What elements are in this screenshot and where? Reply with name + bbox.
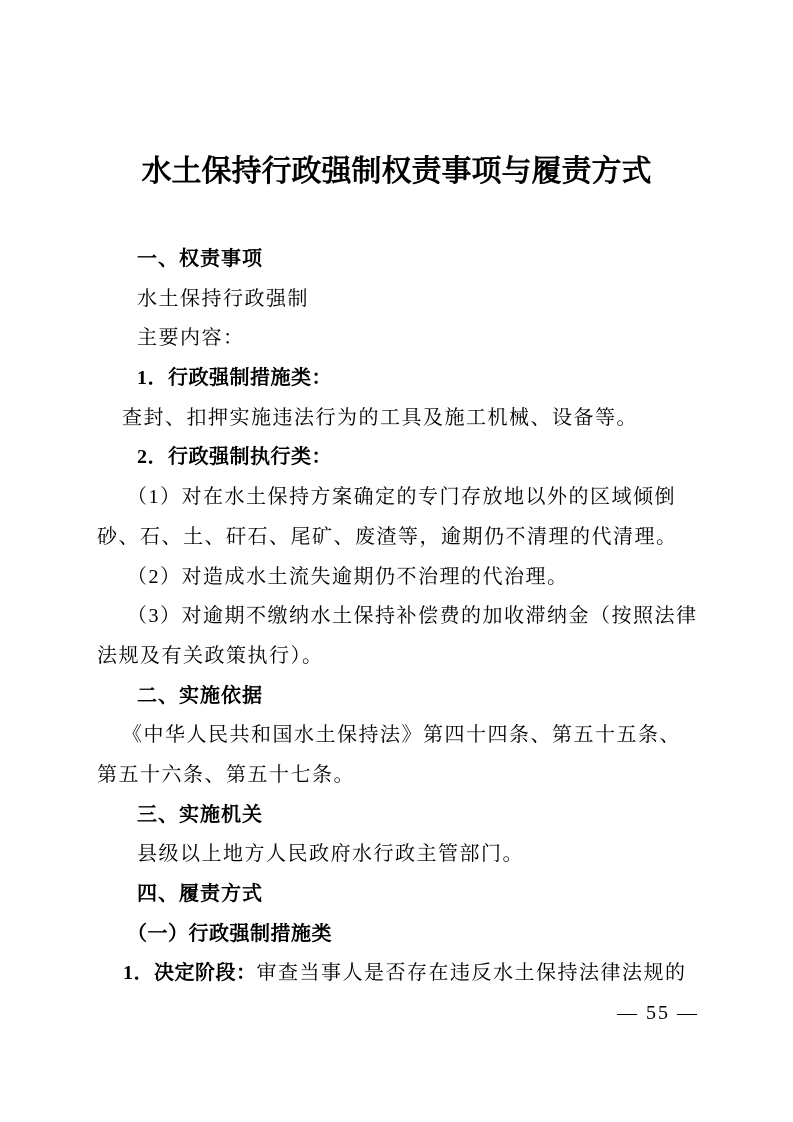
body-line: 《中华人民共和国水土保持法》第四十四条、第五十五条、: [97, 716, 698, 756]
page-number: — 55 —: [617, 1000, 699, 1026]
numbered-subheading-enforcement: 2．行政强制执行类：: [97, 438, 698, 478]
decision-stage-label: 1．决定阶段：: [123, 962, 257, 984]
body-line: 砂、石、土、矸石、尾矿、废渣等，逾期仍不清理的代清理。: [97, 518, 698, 558]
numbered-subheading-measures: 1．行政强制措施类：: [97, 359, 698, 399]
section-heading-implementing-agency: 三、实施机关: [97, 796, 698, 836]
body-line-mixed: 1．决定阶段：审查当事人是否存在违反水土保持法律法规的: [97, 954, 698, 994]
section-heading-legal-basis: 二、实施依据: [97, 677, 698, 717]
body-line: 水土保持行政强制: [97, 280, 698, 320]
body-line: 第五十六条、第五十七条。: [97, 756, 698, 796]
body-line: 县级以上地方人民政府水行政主管部门。: [97, 835, 698, 875]
body-line: （3）对逾期不缴纳水土保持补偿费的加收滞纳金（按照法律: [97, 597, 698, 637]
document-body: 一、权责事项 水土保持行政强制 主要内容： 1．行政强制措施类： 查封、扣押实施…: [97, 240, 698, 994]
section-heading-performance-method: 四、履责方式: [97, 875, 698, 915]
decision-stage-text: 审查当事人是否存在违反水土保持法律法规的: [257, 962, 687, 984]
document-page: 水土保持行政强制权责事项与履责方式 一、权责事项 水土保持行政强制 主要内容： …: [0, 0, 793, 1122]
section-heading-duties: 一、权责事项: [97, 240, 698, 280]
body-line: 法规及有关政策执行）。: [97, 637, 698, 677]
body-line: （2）对造成水土流失逾期仍不治理的代治理。: [97, 558, 698, 598]
document-title: 水土保持行政强制权责事项与履责方式: [0, 150, 793, 194]
body-line: 查封、扣押实施违法行为的工具及施工机械、设备等。: [97, 399, 698, 439]
body-line: （1）对在水土保持方案确定的专门存放地以外的区域倾倒: [97, 478, 698, 518]
subheading-measures-category: （一）行政强制措施类: [97, 915, 698, 955]
body-line: 主要内容：: [97, 319, 698, 359]
